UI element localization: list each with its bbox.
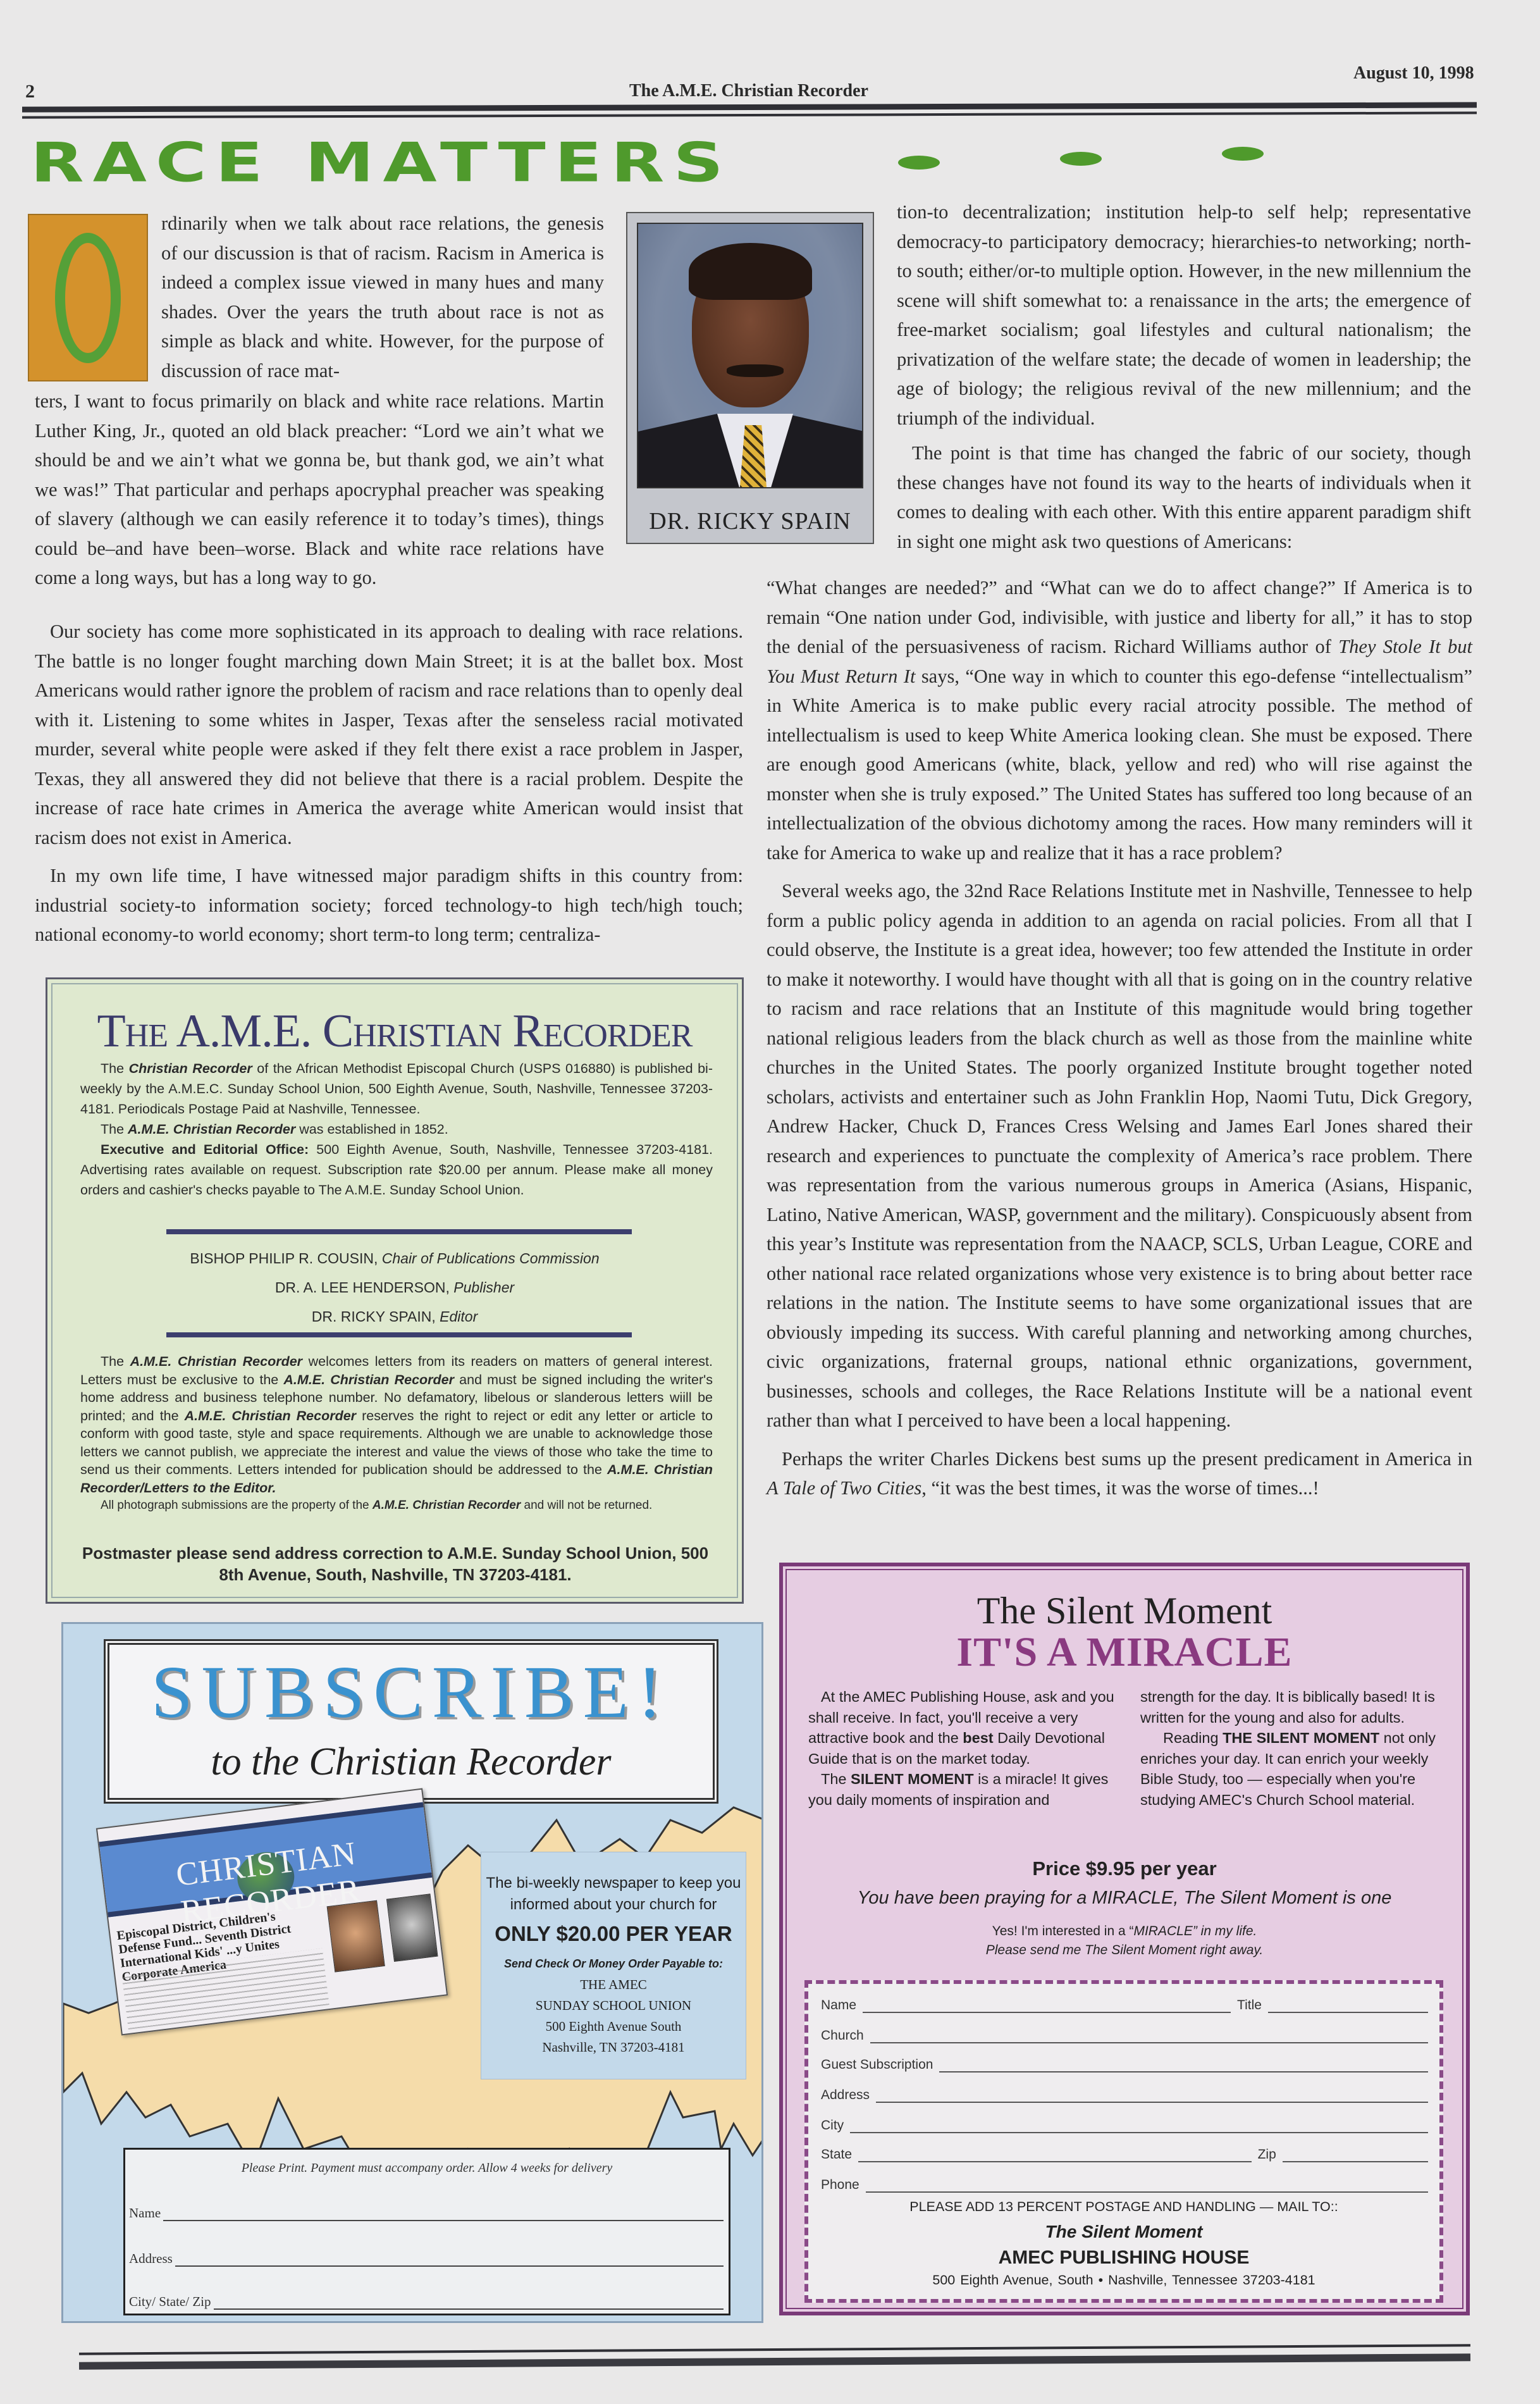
photo-mustache <box>727 364 784 377</box>
dot-icon <box>898 156 940 170</box>
field-label: Name <box>129 2205 161 2221</box>
phone-input-line[interactable] <box>866 2179 1428 2193</box>
ad-column: At the AMEC Publishing House, ask and yo… <box>808 1687 1115 1810</box>
letters-policy: The A.M.E. Christian Recorder welcomes l… <box>80 1353 713 1515</box>
masthead-title: The A.M.E. Christian Recorder <box>47 1005 742 1058</box>
subscribe-blurb: The bi-weekly newspaper to keep you info… <box>481 1873 746 1916</box>
article-right-column: “What changes are needed?” and “What can… <box>767 573 1472 1503</box>
silent-moment-order-form: Name Title Church Guest Subscription Add… <box>804 1980 1443 2303</box>
emphasis: SILENT MOMENT <box>851 1771 974 1787</box>
page-number: 2 <box>25 81 35 102</box>
staff-entry: BISHOP PHILIP R. COUSIN, Chair of Public… <box>47 1244 742 1273</box>
field-label: State <box>821 2147 852 2162</box>
text-span: All photograph submissions are the prope… <box>101 1499 373 1512</box>
order-prompt-line: Yes! I'm interested in a “MIRACLE” in my… <box>783 1922 1466 1941</box>
field-label: Address <box>821 2088 870 2103</box>
field-label: Address <box>129 2251 173 2267</box>
ad-headline: IT'S A MIRACLE <box>783 1628 1466 1676</box>
dot-icon <box>1222 147 1264 161</box>
text-span: The <box>101 1354 130 1369</box>
subscribe-header: SUBSCRIBE! to the Christian Recorder <box>108 1643 715 1800</box>
article-right-column-top: tion-to decentralization; institution he… <box>897 197 1471 433</box>
book-title: A Tale of Two Cities <box>767 1477 921 1499</box>
emphasis: THE SILENT MOMENT <box>1223 1730 1379 1746</box>
article-paragraph: tion-to decentralization; institution he… <box>897 197 1471 433</box>
address-field[interactable]: Address <box>129 2251 724 2267</box>
masthead-info: The Christian Recorder of the African Me… <box>80 1058 713 1200</box>
text-span: Perhaps the writer Charles Dickens best … <box>782 1448 1472 1470</box>
subscribe-title: SUBSCRIBE! <box>109 1655 713 1730</box>
city-state-zip-field[interactable]: City/ State/ Zip <box>129 2294 724 2310</box>
dot-icon <box>1060 152 1102 166</box>
header-rule-thin <box>22 111 1477 118</box>
form-instructions: Please Print. Payment must accompany ord… <box>125 2161 729 2176</box>
staff-name: BISHOP PHILIP R. COUSIN, <box>190 1250 381 1267</box>
drop-cap-letter-icon <box>55 233 121 363</box>
publisher-address: 500 Eighth Avenue, South • Nashville, Te… <box>808 2272 1439 2288</box>
masthead-divider <box>166 1332 632 1337</box>
text-span: , “it was the best times, it was the wor… <box>921 1477 1319 1499</box>
article-paragraph: The point is that time has changed the f… <box>897 438 1471 556</box>
address-line: SUNDAY SCHOOL UNION <box>481 1995 746 2016</box>
photo-hair <box>689 243 812 300</box>
staff-role: Chair of Publications Commission <box>382 1250 600 1267</box>
title-input-line[interactable] <box>1268 1999 1428 2013</box>
newspaper-photo <box>386 1893 438 1962</box>
article-right-column-wrap: The point is that time has changed the f… <box>897 438 1471 556</box>
subscribe-subtitle: to the Christian Recorder <box>109 1740 713 1785</box>
text-span: says, “One way in which to counter this … <box>767 666 1472 864</box>
headline-ellipsis-dots <box>898 156 1264 170</box>
masthead-box: The A.M.E. Christian Recorder The Christ… <box>46 977 744 1604</box>
author-photo-frame: DR. RICKY SPAIN <box>626 212 874 544</box>
ad-tagline: You have been praying for a MIRACLE, The… <box>783 1888 1466 1909</box>
church-input-line[interactable] <box>870 2029 1428 2043</box>
city-state-zip-input-line[interactable] <box>214 2296 724 2310</box>
publication-name-emphasis: A.M.E. Christian Recorder <box>130 1354 302 1369</box>
article-intro-text: rdinarily when we talk about race relati… <box>161 209 604 385</box>
letters-policy-text: The A.M.E. Christian Recorder welcomes l… <box>80 1353 713 1497</box>
newspaper-thumbnail: CHRISTIAN RECORDER Episcopal District, C… <box>96 1788 448 2036</box>
article-paragraph: Perhaps the writer Charles Dickens best … <box>767 1444 1472 1503</box>
silent-moment-ad: The Silent Moment IT'S A MIRACLE At the … <box>779 1563 1470 2315</box>
address-line: Nashville, TN 37203-4181 <box>481 2037 746 2058</box>
address-field[interactable]: Address <box>821 2088 1428 2103</box>
footer-rule-thick <box>79 2353 1470 2369</box>
header-rule-thick <box>22 102 1477 112</box>
masthead-paragraph: Executive and Editorial Office: 500 Eigh… <box>80 1139 713 1200</box>
staff-entry: DR. RICKY SPAIN, Editor <box>47 1302 742 1331</box>
article-lead: ters, I want to focus primarily on black… <box>35 387 604 593</box>
zip-input-line[interactable] <box>1283 2148 1428 2162</box>
address-input-line[interactable] <box>876 2089 1428 2103</box>
phone-field[interactable]: Phone <box>821 2178 1428 2193</box>
text-span: and will not be returned. <box>521 1499 652 1512</box>
guest-subscription-input-line[interactable] <box>939 2059 1428 2073</box>
article-paragraph: “What changes are needed?” and “What can… <box>767 573 1472 867</box>
name-input-line[interactable] <box>863 1999 1231 2013</box>
article-lead-text: ters, I want to focus primarily on black… <box>35 387 604 593</box>
text-span: Reading <box>1163 1730 1223 1746</box>
payee-address: THE AMEC SUNDAY SCHOOL UNION 500 Eighth … <box>481 1974 746 2058</box>
field-label: City <box>821 2118 844 2133</box>
newspaper-photo <box>327 1900 385 1973</box>
field-label: Name <box>821 1998 856 2013</box>
article-paragraph: In my own life time, I have witnessed ma… <box>35 861 743 950</box>
footer-rule-thin <box>79 2344 1470 2355</box>
state-input-line[interactable] <box>858 2148 1252 2162</box>
field-label: Church <box>821 2028 864 2043</box>
article-headline: RACE MATTERS <box>30 135 732 190</box>
field-label: Phone <box>821 2178 859 2193</box>
staff-role: Publisher <box>453 1279 514 1296</box>
name-field[interactable]: Name <box>129 2205 724 2221</box>
payment-instruction: Send Check Or Money Order Payable to: <box>481 1957 746 1971</box>
order-prompt-line: Please send me The Silent Moment right a… <box>986 1943 1264 1957</box>
text-span: was established in 1852. <box>295 1122 448 1137</box>
staff-role: Editor <box>440 1308 477 1325</box>
author-photo <box>637 223 863 488</box>
photo-policy-text: All photograph submissions are the prope… <box>80 1497 713 1515</box>
ad-paragraph: The SILENT MOMENT is a miracle! It gives… <box>808 1769 1115 1810</box>
publication-name-emphasis: A.M.E. Christian Recorder <box>283 1372 454 1387</box>
postmaster-notice: Postmaster please send address correctio… <box>73 1542 718 1585</box>
ad-body-columns: At the AMEC Publishing House, ask and yo… <box>808 1687 1447 1810</box>
text-span: The <box>101 1061 129 1076</box>
issue-date: August 10, 1998 <box>1353 63 1474 84</box>
field-label: City/ State/ Zip <box>129 2294 211 2310</box>
subscribe-order-form: Please Print. Payment must accompany ord… <box>123 2148 730 2315</box>
name-input-line[interactable] <box>163 2207 724 2221</box>
subscribe-price: ONLY $20.00 PER YEAR <box>481 1922 746 1946</box>
ad-title: The Silent Moment <box>783 1589 1466 1633</box>
text-span: The <box>101 1122 128 1137</box>
office-label: Executive and Editorial Office: <box>101 1142 309 1157</box>
staff-name: DR. A. LEE HENDERSON, <box>275 1279 453 1296</box>
city-input-line[interactable] <box>850 2119 1428 2133</box>
address-line: THE AMEC <box>481 1974 746 1995</box>
city-field[interactable]: City <box>821 2118 1428 2133</box>
masthead-staff-list: BISHOP PHILIP R. COUSIN, Chair of Public… <box>47 1244 742 1331</box>
state-zip-field[interactable]: State Zip <box>821 2147 1428 2162</box>
publication-name-emphasis: A.M.E. Christian Recorder <box>373 1499 521 1512</box>
publication-name-emphasis: Christian Recorder <box>129 1061 252 1076</box>
masthead-paragraph: The Christian Recorder of the African Me… <box>80 1058 713 1119</box>
ad-order-prompt: Yes! I'm interested in a “MIRACLE” in my… <box>783 1922 1466 1960</box>
article-intro: rdinarily when we talk about race relati… <box>161 209 604 385</box>
ad-paragraph: strength for the day. It is biblically b… <box>1140 1687 1447 1728</box>
church-field[interactable]: Church <box>821 2028 1428 2043</box>
staff-entry: DR. A. LEE HENDERSON, Publisher <box>47 1273 742 1302</box>
field-label: Zip <box>1258 2147 1276 2162</box>
address-input-line[interactable] <box>175 2253 724 2267</box>
article-paragraph: Our society has come more sophisticated … <box>35 617 743 852</box>
article-paragraph: Several weeks ago, the 32nd Race Relatio… <box>767 876 1472 1435</box>
name-title-field[interactable]: Name Title <box>821 1998 1428 2013</box>
guest-subscription-field[interactable]: Guest Subscription <box>821 2057 1428 2073</box>
text-span: MIRACLE” in my life. <box>1133 1924 1257 1938</box>
masthead-divider <box>166 1229 632 1234</box>
masthead-paragraph: The A.M.E. Christian Recorder was establ… <box>80 1119 713 1139</box>
publisher-name: AMEC PUBLISHING HOUSE <box>808 2247 1439 2269</box>
publication-name: The A.M.E. Christian Recorder <box>629 81 868 101</box>
emphasis: best <box>963 1730 993 1746</box>
publication-name-emphasis: A.M.E. Christian Recorder <box>185 1408 356 1423</box>
ad-paragraph: Reading THE SILENT MOMENT not only enric… <box>1140 1728 1447 1810</box>
text-span: The <box>821 1771 851 1787</box>
address-line: 500 Eighth Avenue South <box>481 2016 746 2037</box>
article-left-column: Our society has come more sophisticated … <box>35 617 743 950</box>
field-label: Title <box>1237 1998 1262 2013</box>
field-label: Guest Subscription <box>821 2057 933 2073</box>
subscribe-info-box: The bi-weekly newspaper to keep you info… <box>481 1852 746 2079</box>
postage-note: PLEASE ADD 13 PERCENT POSTAGE AND HANDLI… <box>808 2199 1439 2215</box>
subscribe-ad: SUBSCRIBE! to the Christian Recorder CHR… <box>61 1622 763 2323</box>
drop-cap-o <box>28 214 148 381</box>
ad-paragraph: At the AMEC Publishing House, ask and yo… <box>808 1687 1115 1769</box>
text-span: Yes! I'm interested in a “ <box>992 1924 1134 1938</box>
mail-to-title: The Silent Moment <box>808 2222 1439 2242</box>
ad-price: Price $9.95 per year <box>783 1857 1466 1880</box>
photo-caption: DR. RICKY SPAIN <box>627 507 873 535</box>
staff-name: DR. RICKY SPAIN, <box>312 1308 440 1325</box>
publication-name-emphasis: A.M.E. Christian Recorder <box>128 1122 295 1137</box>
ad-column: strength for the day. It is biblically b… <box>1140 1687 1447 1810</box>
